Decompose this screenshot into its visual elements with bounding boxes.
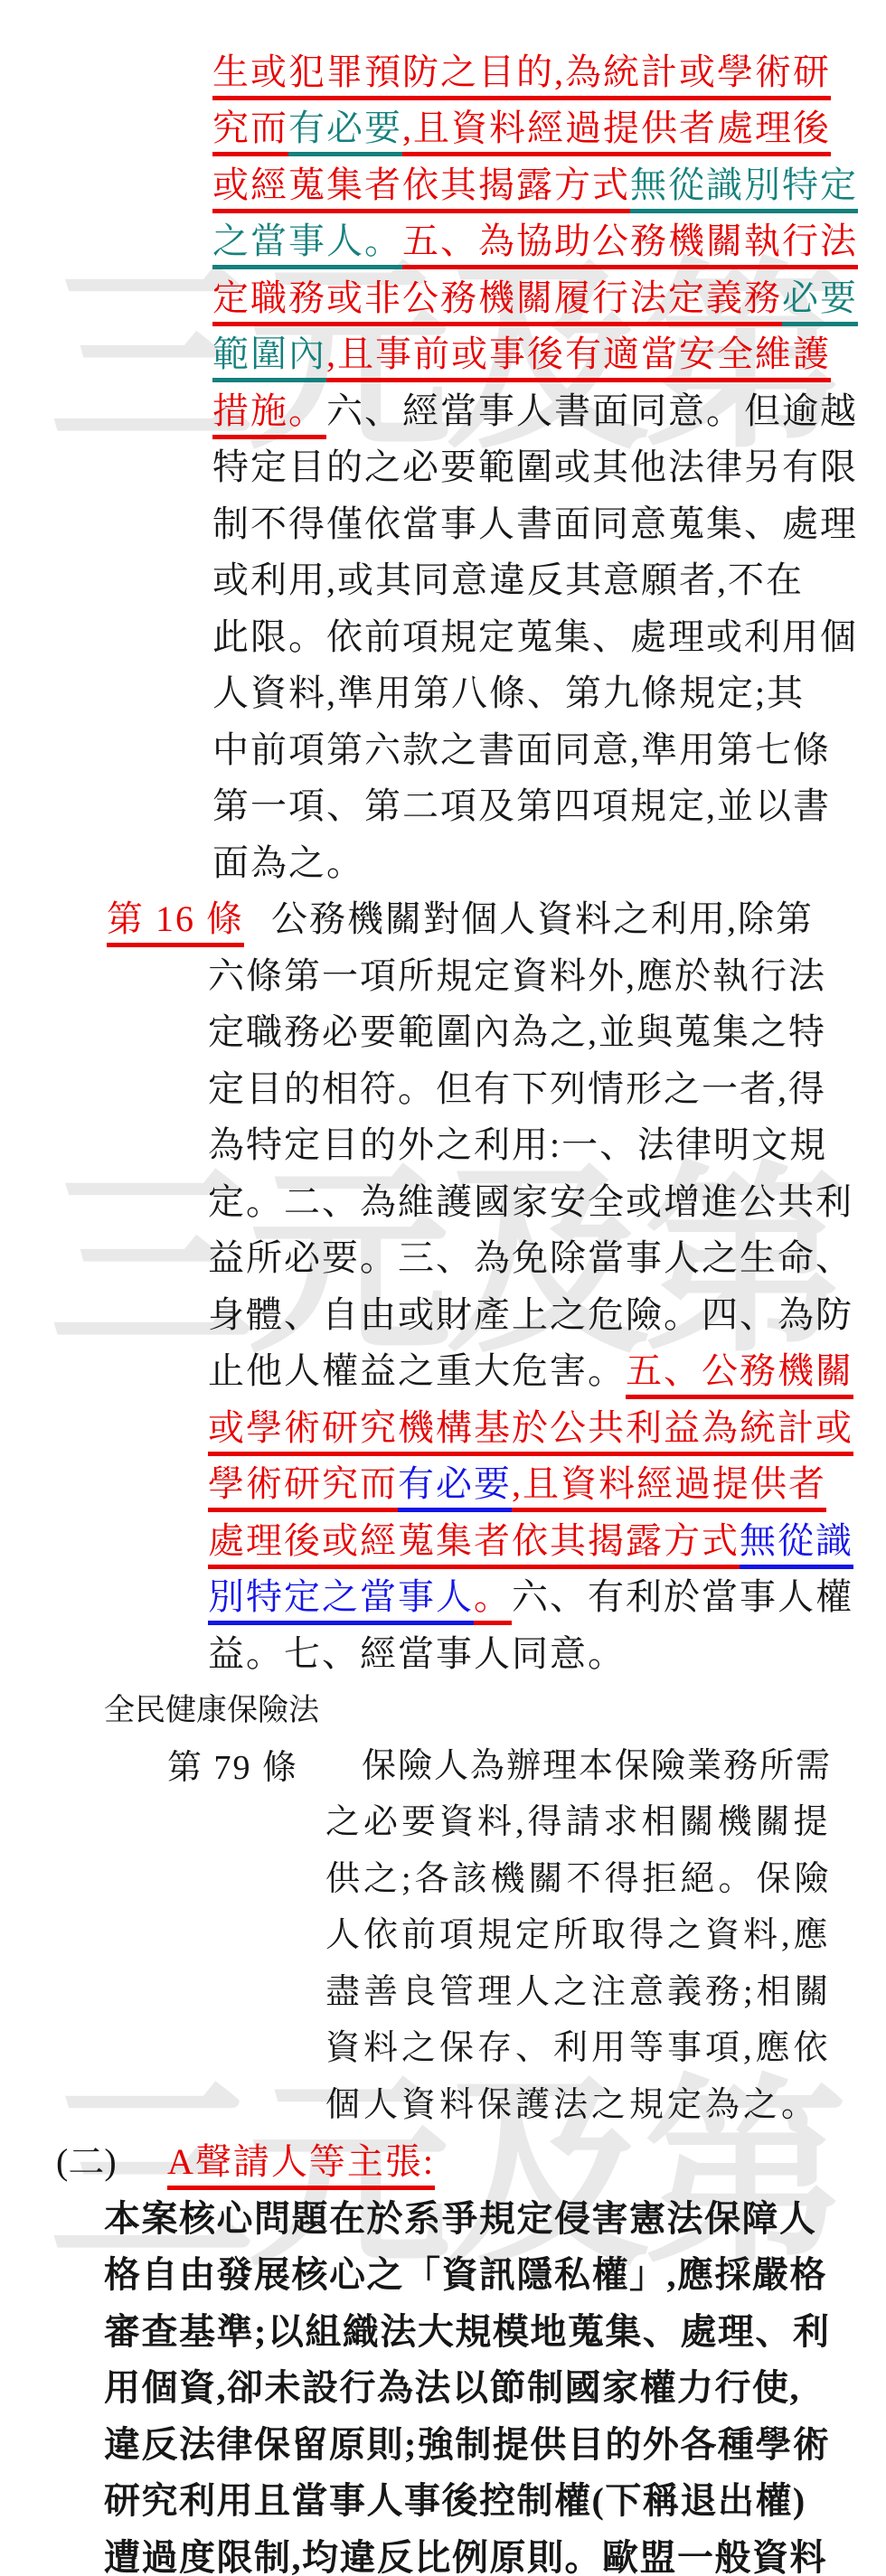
emphasized-text-segment: 無從識: [740, 1521, 853, 1569]
text-segment: 違反法律保留原則;強制提供目的外各種學術: [104, 2425, 830, 2466]
emphasized-text-segment: 定職務或非公務機關履行法定義務: [212, 278, 782, 326]
emphasized-text-segment: 有必要: [398, 1464, 512, 1512]
text-segment: 公務機關對個人資料之利用,除第: [271, 899, 814, 940]
text-line: 全民健康保險法: [104, 1694, 319, 1728]
text-line: 處理後或經蒐集者依其揭露方式無從識: [208, 1521, 853, 1569]
text-line: 益。七、經當事人同意。: [208, 1634, 626, 1675]
text-line: 或經蒐集者依其揭露方式無從識別特定: [212, 165, 858, 213]
text-segment: 供之;各該機關不得拒絕。保險: [325, 1860, 833, 1899]
text-line: 第一項、第二項及第四項規定,並以書: [212, 786, 831, 827]
text-line: 供之;各該機關不得拒絕。保險: [325, 1860, 833, 1899]
text-line: 個人資料保護法之規定為之。: [325, 2086, 819, 2125]
text-line: 為特定目的外之利用:一、法律明文規: [208, 1125, 827, 1166]
emphasized-text-segment: 五、為協助公務機關執行法: [402, 221, 858, 269]
text-segment: 身體、自由或財產上之危險。四、為防: [208, 1295, 853, 1336]
text-segment: 益。七、經當事人同意。: [208, 1634, 626, 1675]
text-line: 格自由發展核心之「資訊隱私權」,應採嚴格: [104, 2255, 827, 2296]
text-line: 定目的相符。但有下列情形之一者,得: [208, 1069, 826, 1110]
text-line: (二): [56, 2142, 117, 2183]
text-line: 範圍內,且事前或事後有適當安全維護: [212, 334, 831, 382]
text-line: 中前項第六款之書面同意,準用第七條: [212, 730, 831, 771]
emphasized-text-segment: A聲請人等主張:: [167, 2142, 435, 2190]
text-segment: 本案核心問題在於系爭規定侵害憲法保障人: [104, 2199, 817, 2240]
text-line: 盡善良管理人之注意義務;相關: [325, 1973, 833, 2012]
emphasized-text-segment: 究而: [212, 108, 288, 156]
text-line: 公務機關對個人資料之利用,除第: [271, 899, 814, 940]
text-segment: 研究利用且當事人事後控制權(下稱退出權): [104, 2481, 806, 2522]
text-line: 特定目的之必要範圍或其他法律另有限: [212, 447, 858, 488]
text-line: 益所必要。三、為免除當事人之生命、: [208, 1238, 853, 1279]
text-line: 究而有必要,且資料經過提供者處理後: [212, 108, 831, 156]
text-line: 人資料,準用第八條、第九條規定;其: [212, 673, 805, 714]
text-segment: 為特定目的外之利用:一、法律明文規: [208, 1125, 827, 1166]
text-line: 本案核心問題在於系爭規定侵害憲法保障人: [104, 2199, 817, 2240]
text-line: 措施。六、經當事人書面同意。但逾越: [212, 391, 858, 439]
text-segment: 資料之保存、利用等事項,應依: [325, 2029, 832, 2068]
text-segment: 面為之。: [212, 843, 364, 884]
text-segment: 六條第一項所規定資料外,應於執行法: [208, 956, 826, 997]
text-segment: 此限。依前項規定蒐集、處理或利用個: [212, 617, 858, 658]
text-segment: 定目的相符。但有下列情形之一者,得: [208, 1069, 826, 1110]
text-line: 或利用,或其同意違反其意願者,不在: [212, 560, 804, 601]
text-line: 定職務必要範圍內為之,並與蒐集之特: [208, 1012, 826, 1053]
text-line: 面為之。: [212, 843, 364, 884]
text-line: A聲請人等主張:: [167, 2142, 435, 2190]
text-line: 此限。依前項規定蒐集、處理或利用個: [212, 617, 858, 658]
emphasized-text-segment: 必要: [782, 278, 858, 326]
emphasized-text-segment: ,且事前或事後有適當安全維護: [326, 334, 831, 382]
text-line: 身體、自由或財產上之危險。四、為防: [208, 1295, 853, 1336]
text-line: 之當事人。五、為協助公務機關執行法: [212, 221, 858, 269]
emphasized-text-segment: 範圍內: [212, 334, 326, 382]
emphasized-text-segment: 生或犯罪預防之目的,為統計或學術研: [212, 52, 831, 100]
text-line: 保險人為辦理本保險業務所需: [362, 1747, 832, 1786]
emphasized-text-segment: 五、公務機關: [626, 1351, 853, 1399]
emphasized-text-segment: 。: [474, 1577, 512, 1625]
emphasized-text-segment: ,且資料經過提供者: [512, 1464, 826, 1512]
text-segment: 特定目的之必要範圍或其他法律另有限: [212, 447, 858, 488]
text-line: 定。二、為維護國家安全或增進公共利: [208, 1182, 853, 1223]
text-segment: 個人資料保護法之規定為之。: [325, 2086, 819, 2125]
text-segment: 六、經當事人書面同意。但逾越: [326, 391, 858, 432]
text-segment: 定。二、為維護國家安全或增進公共利: [208, 1182, 853, 1223]
text-line: 或學術研究機構基於公共利益為統計或: [208, 1408, 853, 1456]
text-line: 別特定之當事人。六、有利於當事人權: [208, 1577, 853, 1625]
text-line: 之必要資料,得請求相關機關提: [325, 1803, 832, 1842]
text-segment: 制不得僅依當事人書面同意蒐集、處理: [212, 504, 858, 545]
text-segment: 止他人權益之重大危害。: [208, 1351, 626, 1392]
text-segment: 審查基準;以組織法大規模地蒐集、處理、利: [104, 2312, 830, 2353]
text-line: 學術研究而有必要,且資料經過提供者: [208, 1464, 826, 1512]
text-line: 資料之保存、利用等事項,應依: [325, 2029, 832, 2068]
text-line: 遭過度限制,均違反比例原則。歐盟一般資料: [104, 2538, 827, 2576]
emphasized-text-segment: 別特定之當事人: [208, 1577, 474, 1625]
text-line: 研究利用且當事人事後控制權(下稱退出權): [104, 2481, 806, 2522]
emphasized-text-segment: 之當事人。: [212, 221, 402, 269]
text-segment: 第一項、第二項及第四項規定,並以書: [212, 786, 831, 827]
emphasized-text-segment: 無從識別特定: [630, 165, 858, 213]
text-line: 定職務或非公務機關履行法定義務必要: [212, 278, 858, 326]
document-lines: 生或犯罪預防之目的,為統計或學術研究而有必要,且資料經過提供者處理後或經蒐集者依…: [0, 0, 886, 2576]
text-segment: 人資料,準用第八條、第九條規定;其: [212, 673, 805, 714]
text-segment: 格自由發展核心之「資訊隱私權」,應採嚴格: [104, 2255, 827, 2296]
legal-document-page: 三元及第三元及第三元及第 生或犯罪預防之目的,為統計或學術研究而有必要,且資料經…: [0, 0, 886, 2576]
text-line: 用個資,卻未設行為法以節制國家權力行使,: [104, 2368, 800, 2409]
text-segment: 遭過度限制,均違反比例原則。歐盟一般資料: [104, 2538, 827, 2576]
text-segment: 人依前項規定所取得之資料,應: [325, 1916, 832, 1955]
text-segment: 中前項第六款之書面同意,準用第七條: [212, 730, 831, 771]
text-line: 六條第一項所規定資料外,應於執行法: [208, 956, 826, 997]
emphasized-text-segment: 學術研究而: [208, 1464, 398, 1512]
text-segment: 全民健康保險法: [104, 1694, 319, 1728]
emphasized-text-segment: 處理後或經蒐集者依其揭露方式: [208, 1521, 740, 1569]
text-segment: 六、有利於當事人權: [512, 1577, 853, 1618]
text-segment: 第 79 條: [167, 1749, 298, 1788]
text-line: 生或犯罪預防之目的,為統計或學術研: [212, 52, 831, 100]
text-segment: 保險人為辦理本保險業務所需: [362, 1747, 832, 1786]
emphasized-text-segment: 有必要: [288, 108, 402, 156]
text-line: 制不得僅依當事人書面同意蒐集、處理: [212, 504, 858, 545]
emphasized-text-segment: 措施。: [212, 391, 326, 439]
text-segment: 或利用,或其同意違反其意願者,不在: [212, 560, 804, 601]
text-line: 審查基準;以組織法大規模地蒐集、處理、利: [104, 2312, 830, 2353]
text-line: 第 16 條: [107, 899, 244, 947]
text-line: 止他人權益之重大危害。五、公務機關: [208, 1351, 853, 1399]
text-line: 人依前項規定所取得之資料,應: [325, 1916, 832, 1955]
text-segment: 用個資,卻未設行為法以節制國家權力行使,: [104, 2368, 800, 2409]
emphasized-text-segment: 或經蒐集者依其揭露方式: [212, 165, 630, 213]
text-segment: 盡善良管理人之注意義務;相關: [325, 1973, 833, 2012]
emphasized-text-segment: 第 16 條: [107, 899, 244, 947]
text-segment: 益所必要。三、為免除當事人之生命、: [208, 1238, 853, 1279]
text-segment: (二): [56, 2142, 117, 2183]
text-line: 違反法律保留原則;強制提供目的外各種學術: [104, 2425, 830, 2466]
emphasized-text-segment: ,且資料經過提供者處理後: [402, 108, 831, 156]
text-segment: 定職務必要範圍內為之,並與蒐集之特: [208, 1012, 826, 1053]
emphasized-text-segment: 或學術研究機構基於公共利益為統計或: [208, 1408, 853, 1456]
text-line: 第 79 條: [167, 1749, 298, 1788]
text-segment: 之必要資料,得請求相關機關提: [325, 1803, 832, 1842]
